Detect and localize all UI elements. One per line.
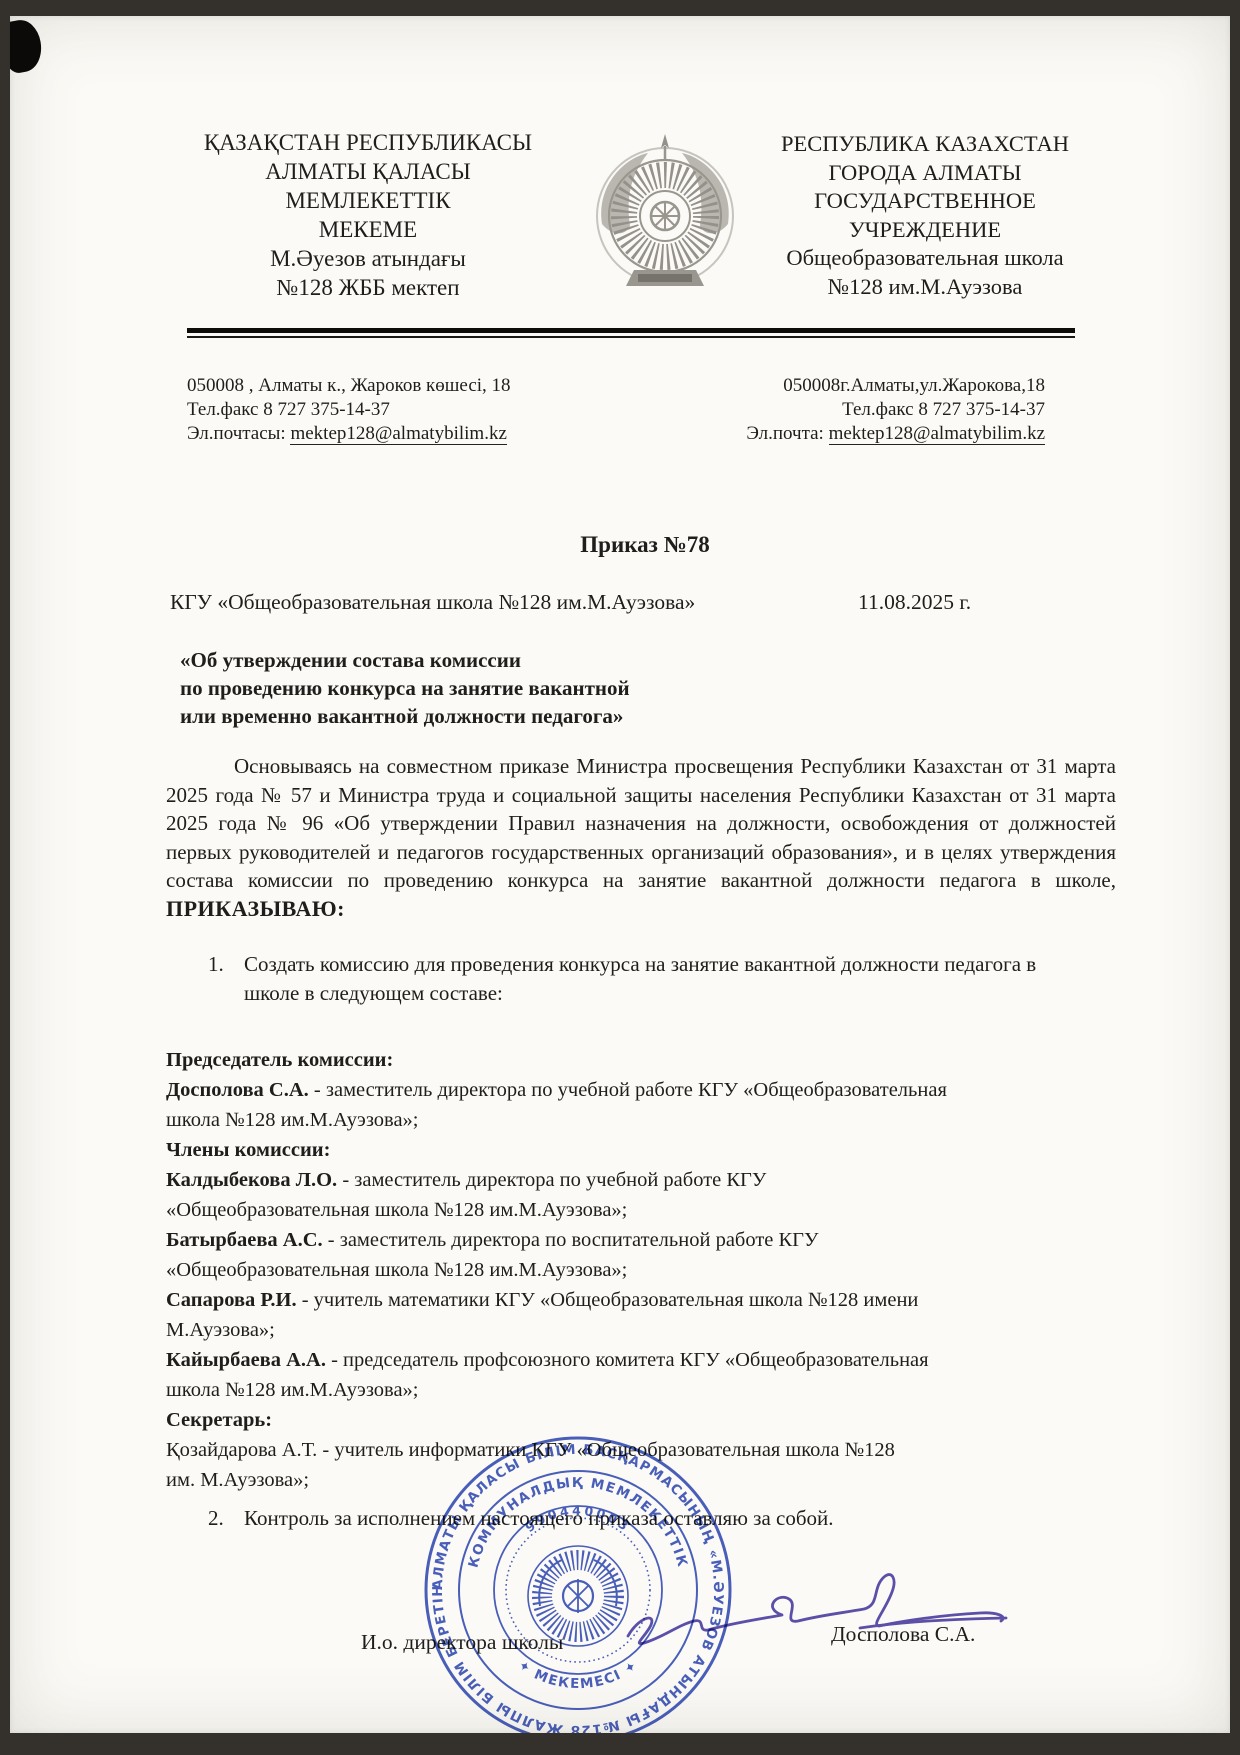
- commission-role-header: Члены комиссии:: [166, 1135, 1131, 1165]
- letterhead-line: ГОСУДАРСТВЕННОЕ: [675, 187, 1175, 216]
- order-subject: «Об утверждении состава комиссии по пров…: [180, 646, 630, 730]
- letterhead-line: УЧРЕЖДЕНИЕ: [675, 216, 1175, 245]
- order-date: 11.08.2025 г.: [858, 590, 971, 615]
- organization-line: КГУ «Общеобразовательная школа №128 им.М…: [170, 590, 695, 615]
- entry-name: Досполова С.А.: [166, 1079, 309, 1101]
- commission-member: Досполова С.А. - заместитель директора п…: [166, 1075, 1131, 1135]
- subject-line: по проведению конкурса на занятие вакант…: [180, 674, 630, 702]
- official-round-stamp: АЛМАТЫ ҚАЛАСЫ БІЛІМ БАСҚАРМАСЫНЫҢ «М.ӘУЕ…: [418, 1430, 738, 1733]
- preamble-text: Основываясь на совместном приказе Минист…: [166, 754, 1116, 892]
- contacts-kazakh: 050008 , Алматы к., Жароков көшесі, 18 Т…: [187, 374, 617, 446]
- letterhead-line: Общеобразовательная школа: [675, 244, 1175, 273]
- item-text: Создать комиссию для проведения конкурса…: [244, 950, 1084, 1008]
- subject-line: или временно вакантной должности педагог…: [180, 702, 630, 730]
- letterhead-line: ҚАЗАҚСТАН РЕСПУБЛИКАСЫ: [118, 128, 618, 157]
- phone-line: Тел.факс 8 727 375-14-37: [187, 398, 617, 422]
- entry-name: Сапарова Р.И.: [166, 1289, 297, 1311]
- order-title: Приказ №78: [195, 532, 1095, 558]
- commission-member: Батырбаева А.С. - заместитель директора …: [166, 1225, 1131, 1285]
- entry-name: Председатель комиссии:: [166, 1049, 393, 1071]
- commission-member: Сапарова Р.И. - учитель математики КГУ «…: [166, 1285, 1131, 1345]
- entry-name: Члены комиссии:: [166, 1139, 330, 1161]
- header-divider: [187, 328, 1075, 338]
- scan-corner-artifact: [10, 17, 45, 75]
- commission-role-header: Председатель комиссии:: [166, 1045, 1131, 1075]
- item-number: 2.: [208, 1504, 244, 1533]
- entry-name: Кайырбаева А.А.: [166, 1349, 326, 1371]
- letterhead-line: МЕКЕМЕ: [118, 215, 618, 244]
- email-link: mektep128@almatybilim.kz: [290, 423, 506, 445]
- letterhead-russian: РЕСПУБЛИКА КАЗАХСТАН ГОРОДА АЛМАТЫ ГОСУД…: [675, 130, 1175, 301]
- letterhead-kazakh: ҚАЗАҚСТАН РЕСПУБЛИКАСЫ АЛМАТЫ ҚАЛАСЫ МЕМ…: [118, 128, 618, 302]
- email-label: Эл.почтасы:: [187, 423, 290, 444]
- divider-thin-line: [187, 336, 1075, 338]
- letterhead-line: №128 ЖББ мектеп: [118, 273, 618, 302]
- entry-name: Секретарь:: [166, 1409, 272, 1431]
- order-item-1: 1. Создать комиссию для проведения конку…: [208, 950, 1084, 1008]
- commission-member: Кайырбаева А.А. - председатель профсоюзн…: [166, 1345, 1131, 1405]
- email-line: Эл.почта: mektep128@almatybilim.kz: [645, 422, 1045, 446]
- letterhead-line: М.Әуезов атындағы: [118, 244, 618, 273]
- divider-thick-line: [187, 328, 1075, 333]
- email-label: Эл.почта:: [746, 423, 828, 444]
- address-line: 050008 , Алматы к., Жароков көшесі, 18: [187, 374, 617, 398]
- entry-name: Калдыбекова Л.О.: [166, 1169, 337, 1191]
- letterhead-line: ГОРОДА АЛМАТЫ: [675, 159, 1175, 188]
- commission-member: Калдыбекова Л.О. - заместитель директора…: [166, 1165, 1131, 1225]
- entry-name: Батырбаева А.С.: [166, 1229, 323, 1251]
- contacts-russian: 050008г.Алматы,ул.Жарокова,18 Тел.факс 8…: [645, 374, 1045, 446]
- prikazyvayu-word: ПРИКАЗЫВАЮ:: [166, 896, 345, 921]
- address-line: 050008г.Алматы,ул.Жарокова,18: [645, 374, 1045, 398]
- item-number: 1.: [208, 950, 244, 1008]
- preamble-paragraph: Основываясь на совместном приказе Минист…: [166, 752, 1116, 923]
- letterhead-line: АЛМАТЫ ҚАЛАСЫ: [118, 157, 618, 186]
- email-link: mektep128@almatybilim.kz: [829, 423, 1045, 445]
- scanned-order-document: { "header": { "left": { "lines": [ "ҚАЗА…: [0, 0, 1240, 1755]
- document-page: ҚАЗАҚСТАН РЕСПУБЛИКАСЫ АЛМАТЫ ҚАЛАСЫ МЕМ…: [10, 16, 1230, 1733]
- letterhead-line: РЕСПУБЛИКА КАЗАХСТАН: [675, 130, 1175, 159]
- commission-list: Председатель комиссии: Досполова С.А. - …: [166, 1045, 1131, 1495]
- letterhead-line: МЕМЛЕКЕТТІК: [118, 186, 618, 215]
- letterhead-line: №128 им.М.Ауэзова: [675, 273, 1175, 302]
- subject-line: «Об утверждении состава комиссии: [180, 646, 630, 674]
- email-line: Эл.почтасы: mektep128@almatybilim.kz: [187, 422, 617, 446]
- phone-line: Тел.факс 8 727 375-14-37: [645, 398, 1045, 422]
